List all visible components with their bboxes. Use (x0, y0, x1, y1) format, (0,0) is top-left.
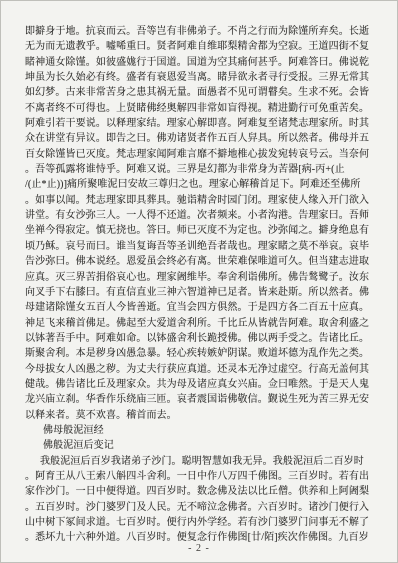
text-line: 。五百岁时。沙门婆罗门及人民。无不啼泣念佛者。六百岁时。诸沙门便行入 (25, 500, 381, 515)
end-title: 佛母般泥洹经 (25, 423, 381, 438)
text-line: 神足飞来稽首佛足。佛起至大爱道舍利所。千比丘从皆就告阿难。取舍利盛之 (25, 316, 381, 331)
text-line: 母建诸除馑女五百人今皆善逝。宜当会四方俱然。于是四方各二百五十应真。 (25, 300, 381, 315)
text-line: 。吾等孤露将谁恃乎。阿难又说。三界是幻都为非常身为苦器[病-丙+(止 (25, 162, 381, 177)
text-line: 无为而无遗教乎。嘘唏重曰。贤者阿难自维耶梨精舍都为空寂。王道四街不复 (25, 39, 381, 54)
text-line: 健哉。佛告诸比丘及理家众。共为母及诸应真女兴庙。佥曰唯然。于是天人鬼 (25, 377, 381, 392)
text-line: 龙兴庙立刹。华香作乐绕庙三匝。哀者震国诣佛敬信。觐说生死为苦三界无安 (25, 392, 381, 407)
text-line: 睹神通女除馑。如彼盛娏行于国道。国道为空其痛何甚乎。阿难答曰。佛说乾 (25, 55, 381, 70)
text-line: 应真。灭三界苦捐俗哀心也。理家阇维毕。奉舍利诣佛所。佛告鹙鹭子。汝东 (25, 270, 381, 285)
text-line: 不离者终不可得也。上贤睹佛经奥解四非常如盲得视。精进勤行可免重苦矣。 (25, 101, 381, 116)
text-line: 众在讲堂有异议。即告之曰。佛劝诸贤者作五百人舁具。所以然者。佛母并五 (25, 131, 381, 146)
text-line: 坤虽为长久始必有终。盛者有衰恩爱当离。睹异欲永者寻行受报。三界无常其 (25, 70, 381, 85)
text-line: 。如事以闻。梵志理家即具葬具。驰诣精舍时园门闭。理家使人缘入开门欲入 (25, 193, 381, 208)
text-area: 即擗身于地。抗哀而云。吾等岂有非佛弟子。不肖之行而为除馑所弃矣。长逝无为而无遗教… (25, 24, 381, 546)
text-line: 斯聚舍利。本是秽身凶愚急暴。轻心疾转嫉妒阴谋。败道坏德为乱作先之类。 (25, 346, 381, 361)
text-line: 即擗身于地。抗哀而云。吾等岂有非佛弟子。不肖之行而为除馑所弃矣。长逝 (25, 24, 381, 39)
text-line: 今母拔女人凶愚之秽。为丈夫行获应真道。还灵本无净过虚空。行高无盖何其 (25, 362, 381, 377)
text-line: 百女除馑皆已灭度。梵志理家闻阿难言靡不擗地椎心拔发宛转哀号云。当奈何 (25, 147, 381, 162)
text-line: 以钵著吾手中。阿难如命。以钵盛舍利长跪授佛。佛以两手受之。告诸比丘。 (25, 331, 381, 346)
scanned-sutra-page: 即擗身于地。抗哀而云。吾等岂有非佛弟子。不肖之行而为除馑所弃矣。长逝无为而无遗教… (0, 0, 398, 563)
text-line: 如幻梦。古来非常苦身之患其祸无量。面愚者不见可谓瞽矣。生求不死。会皆 (25, 85, 381, 100)
text-line: 告沙弥曰。佛本说经。恩爱虽会终必有离。世荣难保唯道可久。但当建志进取 (25, 254, 381, 269)
text-line: 坐禅今得寂定。慎无挠也。答曰。师已灭度不为定也。沙弥闻之。擗身绝息有 (25, 223, 381, 238)
text-line: 家作沙门。一日中便得道。四百岁时。数念佛及法以比丘僧。供养和上阿阇梨 (25, 484, 381, 499)
text-line: 以释来者。莫不欢喜。稽首而去。 (25, 408, 381, 423)
page-number: - 2 - (1, 543, 397, 554)
text-line: 阿难引若干要说。以释理家结。理家心解即喜。阿难复至诸梵志理家所。时其 (25, 116, 381, 131)
sutra-body-part2: 我般泥洹后百岁我诸弟子沙门。聪明智慧如我无异。我般泥洹后二百岁时。阿育王从八王索… (25, 454, 381, 546)
section-title: 佛般泥洹后变记 (25, 438, 381, 453)
text-line: 讲堂。有女沙弥三人。一人得不还道。次者频来。小者沟港。告理家曰。吾师 (25, 208, 381, 223)
text-line: /(止*止))]痛所聚唯泥曰安故三尊归之也。理家心解稽首足下。阿难还至佛所 (25, 177, 381, 192)
text-line: 向叉手下右膝曰。有直信直业三神六智道神已足者。皆来赴斯。所以然者。佛 (25, 285, 381, 300)
text-line: 顷乃稣。哀号而曰。谁当复诲吾等圣训绝吾者哉也。理家睹之莫不举哀。哀毕 (25, 239, 381, 254)
text-line: 山中树下冢间求道。七百岁时。便行内外学经。若有沙门婆罗门问事无不解了 (25, 515, 381, 530)
text-line: 我般泥洹后百岁我诸弟子沙门。聪明智慧如我无异。我般泥洹后二百岁时 (25, 454, 381, 469)
sutra-body-part1: 即擗身于地。抗哀而云。吾等岂有非佛弟子。不肖之行而为除馑所弃矣。长逝无为而无遗教… (25, 24, 381, 423)
text-line: 。阿育王从八王索八斛四斗舍利。一日中作八万四千佛图。三百岁时。若有出 (25, 469, 381, 484)
